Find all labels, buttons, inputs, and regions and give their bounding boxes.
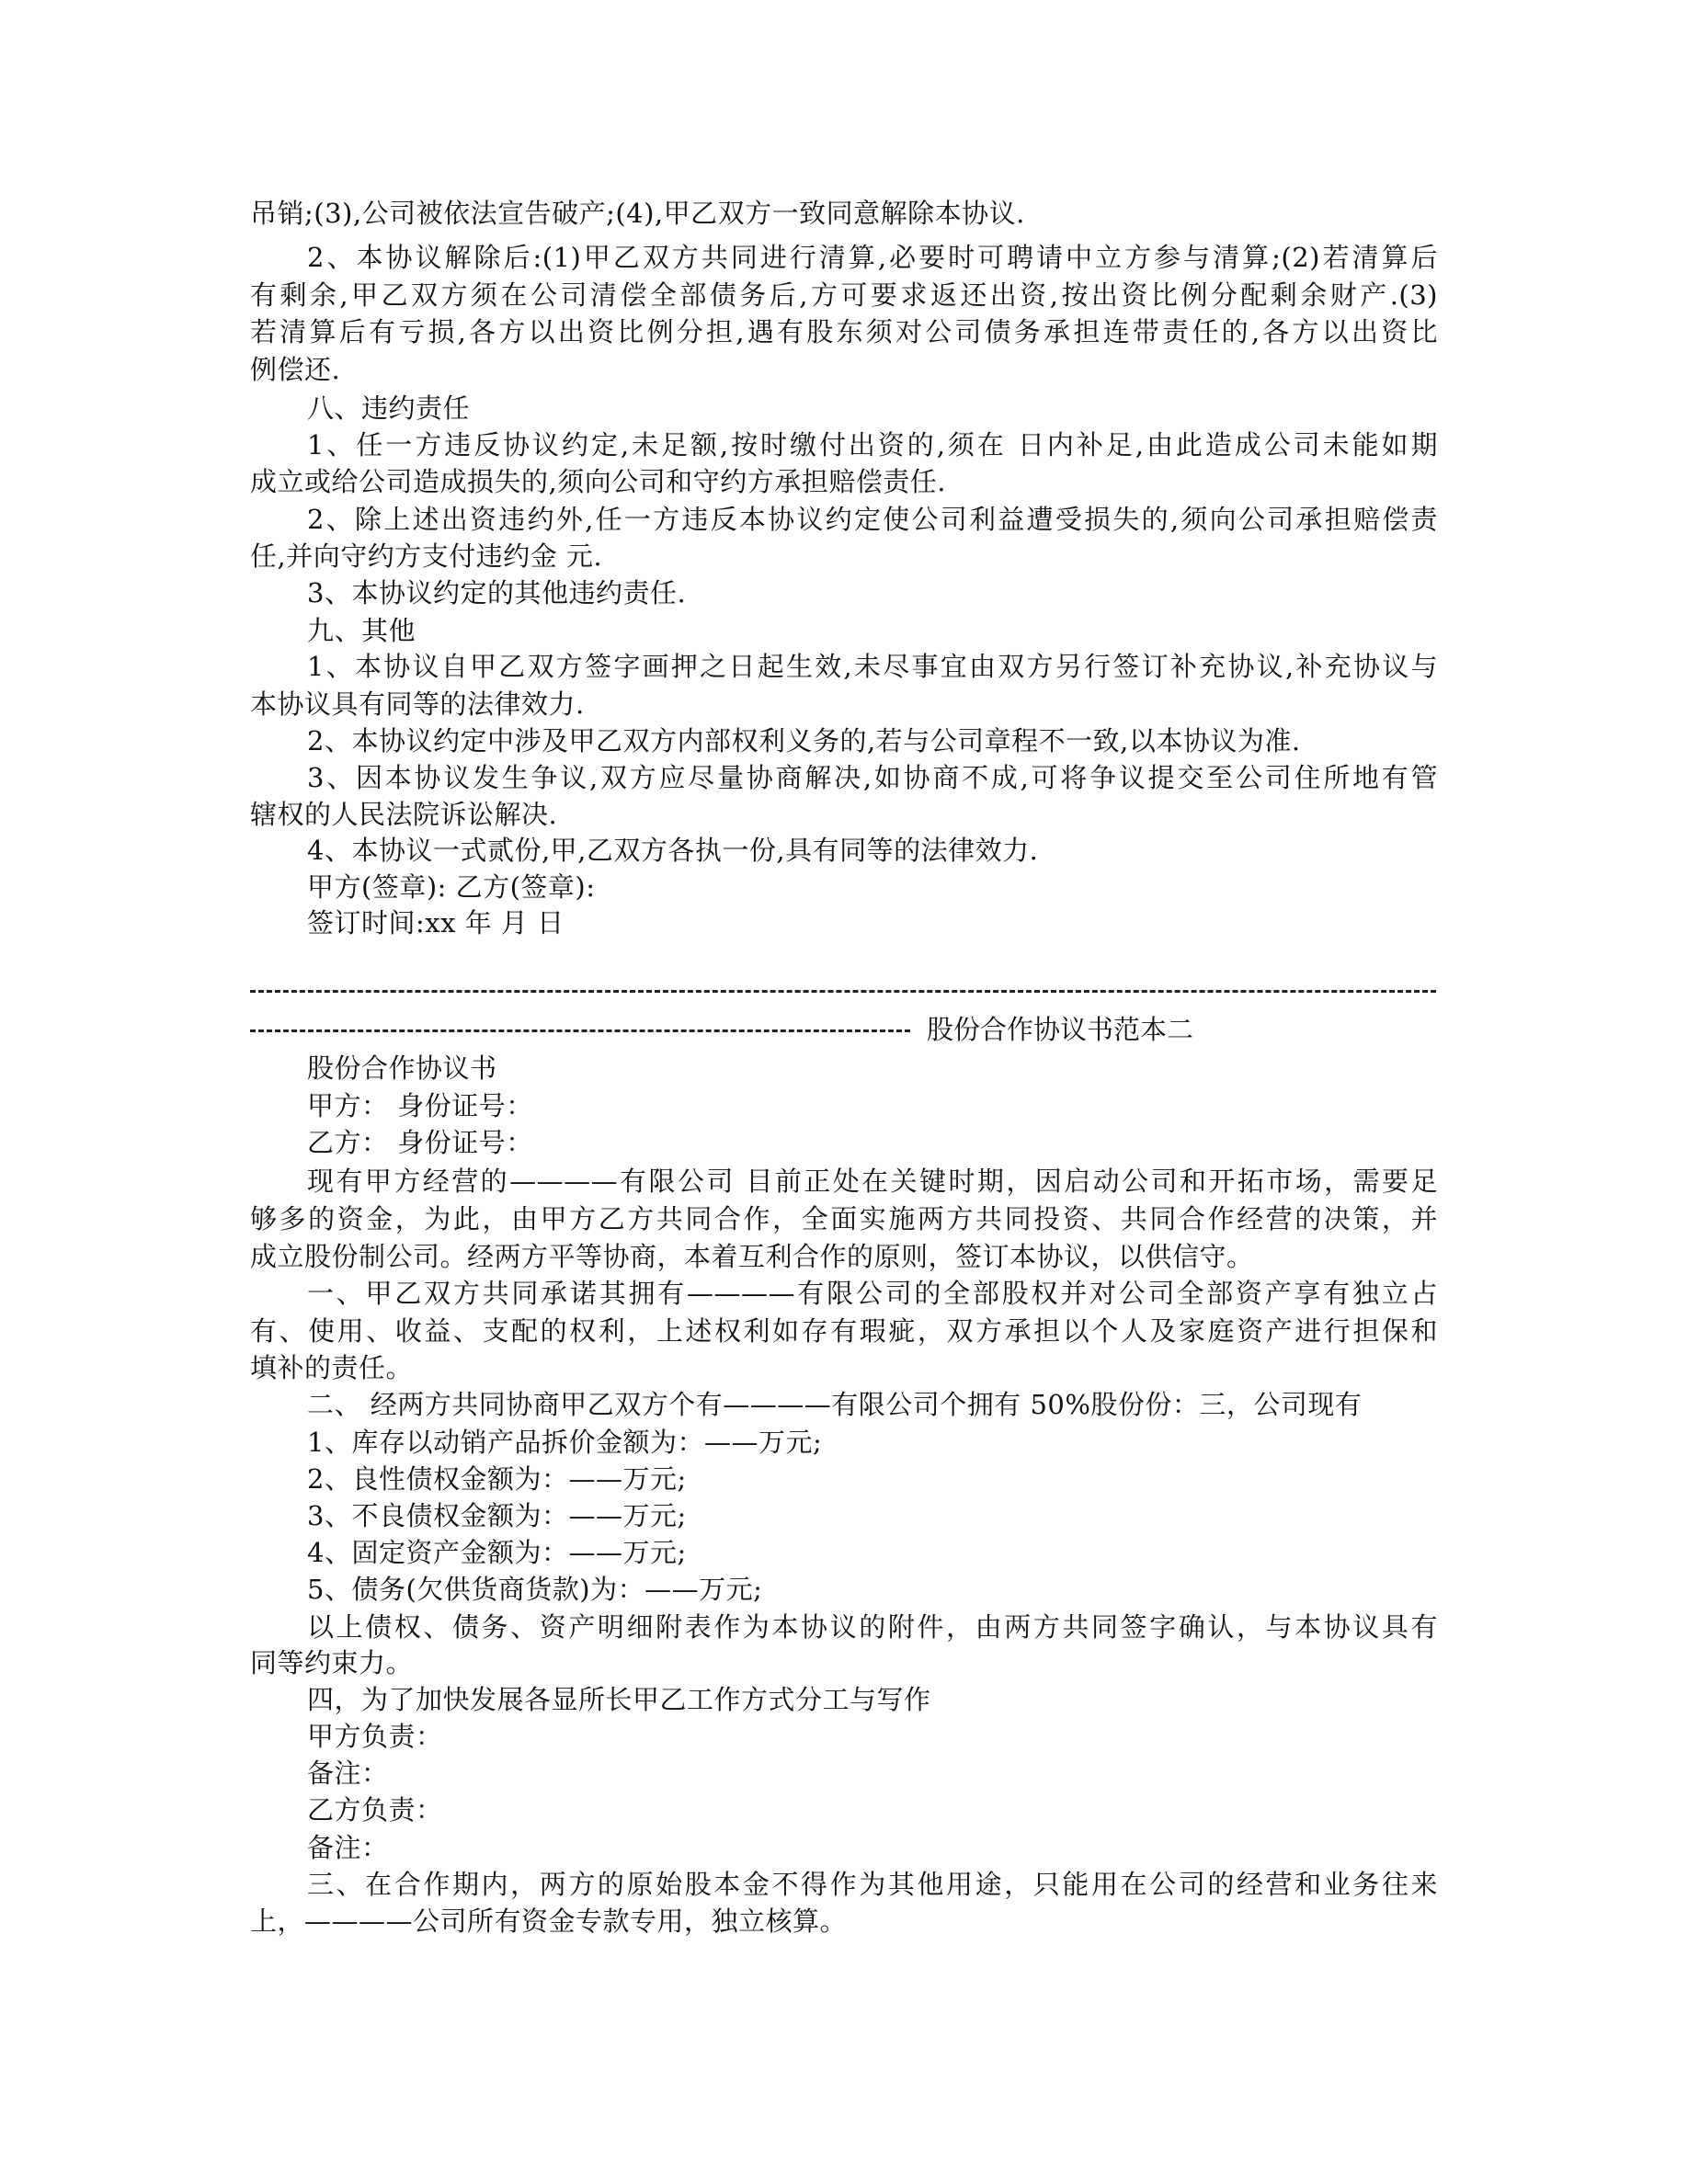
paragraph-line: 成立股份制公司。经两方平等协商，本着互利合作的原则，签订本协议，以供信守。	[250, 1238, 1438, 1275]
asset-item: 3、不良债权金额为：——万元;	[307, 1497, 1438, 1534]
dashed-separator	[250, 1029, 910, 1032]
document-page: 吊销;(3),公司被依法宣告破产;(4),甲乙双方一致同意解除本协议. 2、本协…	[0, 0, 1688, 2184]
paragraph-line: 例偿还.	[250, 351, 1438, 388]
party-b-duty: 乙方负责：	[307, 1792, 1438, 1828]
paragraph-line: 四，为了加快发展各显所长甲乙工作方式分工与写作	[307, 1681, 1438, 1718]
paragraph-line: 2、除上述出资违约外,任一方违反本协议约定使公司利益遭受损失的,须向公司承担赔偿…	[307, 501, 1438, 538]
section-heading: 九、其他	[307, 612, 1438, 649]
paragraph-line: 二、 经两方共同协商甲乙双方个有————有限公司个拥有 50%股份份：三，公司现…	[307, 1386, 1438, 1423]
paragraph-line: 有、使用、收益、支配的权利，上述权利如存有瑕疵，双方承担以个人及家庭资产进行担保…	[250, 1313, 1438, 1349]
paragraph-line: 辖权的人民法院诉讼解决.	[250, 796, 1438, 833]
paragraph-line: 成立或给公司造成损失的,须向公司和守约方承担赔偿责任.	[250, 463, 1438, 500]
paragraph-line: 吊销;(3),公司被依法宣告破产;(4),甲乙双方一致同意解除本协议.	[250, 195, 1438, 232]
paragraph-line: 三、在合作期内，两方的原始股本金不得作为其他用途，只能用在公司的经营和业务往来	[307, 1866, 1438, 1903]
paragraph-line: 同等约束力。	[250, 1644, 1438, 1681]
paragraph-line: 一、甲乙双方共同承诺其拥有————有限公司的全部股权并对公司全部资产享有独立占	[307, 1275, 1438, 1312]
paragraph-line: 上，————公司所有资金专款专用，独立核算。	[250, 1903, 1438, 1939]
dashed-separator	[250, 990, 1436, 993]
remark-line: 备注：	[307, 1755, 1438, 1792]
agreement-heading: 股份合作协议书	[307, 1050, 1438, 1086]
paragraph-line: 4、本协议一式贰份,甲,乙双方各执一份,具有同等的法律效力.	[307, 832, 1438, 869]
party-a-duty: 甲方负责：	[307, 1718, 1438, 1755]
asset-item: 1、库存以动销产品拆价金额为：——万元;	[307, 1424, 1438, 1461]
paragraph-line: 1、本协议自甲乙双方签字画押之日起生效,未尽事宜由双方另行签订补充协议,补充协议…	[307, 648, 1438, 685]
signing-date-line: 签订时间:xx 年 月 日	[307, 904, 1438, 941]
paragraph-line: 1、任一方违反协议约定,未足额,按时缴付出资的,须在 日内补足,由此造成公司未能…	[307, 427, 1438, 463]
party-a-line: 甲方： 身份证号：	[307, 1087, 1438, 1124]
paragraph-line: 3、本协议约定的其他违约责任.	[307, 574, 1438, 611]
signature-line: 甲方(签章): 乙方(签章):	[307, 869, 1438, 905]
paragraph-line: 若清算后有亏损,各方以出资比例分担,遇有股东须对公司债务承担连带责任的,各方以出…	[250, 313, 1438, 350]
asset-item: 4、固定资产金额为：——万元;	[307, 1534, 1438, 1571]
paragraph-line: 2、本协议解除后:(1)甲乙双方共同进行清算,必要时可聘请中立方参与清算;(2)…	[307, 239, 1438, 276]
party-b-line: 乙方： 身份证号：	[307, 1124, 1438, 1161]
document-title: 股份合作协议书范本二	[927, 1011, 1193, 1048]
asset-item: 5、债务(欠供货商货款)为：——万元;	[307, 1571, 1438, 1608]
paragraph-line: 有剩余,甲乙双方须在公司清偿全部债务后,方可要求返还出资,按出资比例分配剩余财产…	[250, 277, 1438, 313]
remark-line: 备注：	[307, 1829, 1438, 1866]
asset-item: 2、良性债权金额为：——万元;	[307, 1461, 1438, 1497]
paragraph-line: 以上债权、债务、资产明细附表作为本协议的附件，由两方共同签字确认，与本协议具有	[307, 1609, 1438, 1645]
section-heading: 八、违约责任	[307, 390, 1438, 427]
paragraph-line: 本协议具有同等的法律效力.	[250, 686, 1438, 722]
paragraph-line: 现有甲方经营的————有限公司 目前正处在关键时期，因启动公司和开拓市场，需要足	[307, 1163, 1438, 1200]
paragraph-line: 2、本协议约定中涉及甲乙双方内部权利义务的,若与公司章程不一致,以本协议为准.	[307, 722, 1438, 759]
paragraph-line: 填补的责任。	[250, 1349, 1438, 1386]
paragraph-line: 任,并向守约方支付违约金 元.	[250, 538, 1438, 574]
paragraph-line: 3、因本协议发生争议,双方应尽量协商解决,如协商不成,可将争议提交至公司住所地有…	[307, 759, 1438, 796]
paragraph-line: 够多的资金，为此，由甲方乙方共同合作，全面实施两方共同投资、共同合作经营的决策，…	[250, 1200, 1438, 1237]
